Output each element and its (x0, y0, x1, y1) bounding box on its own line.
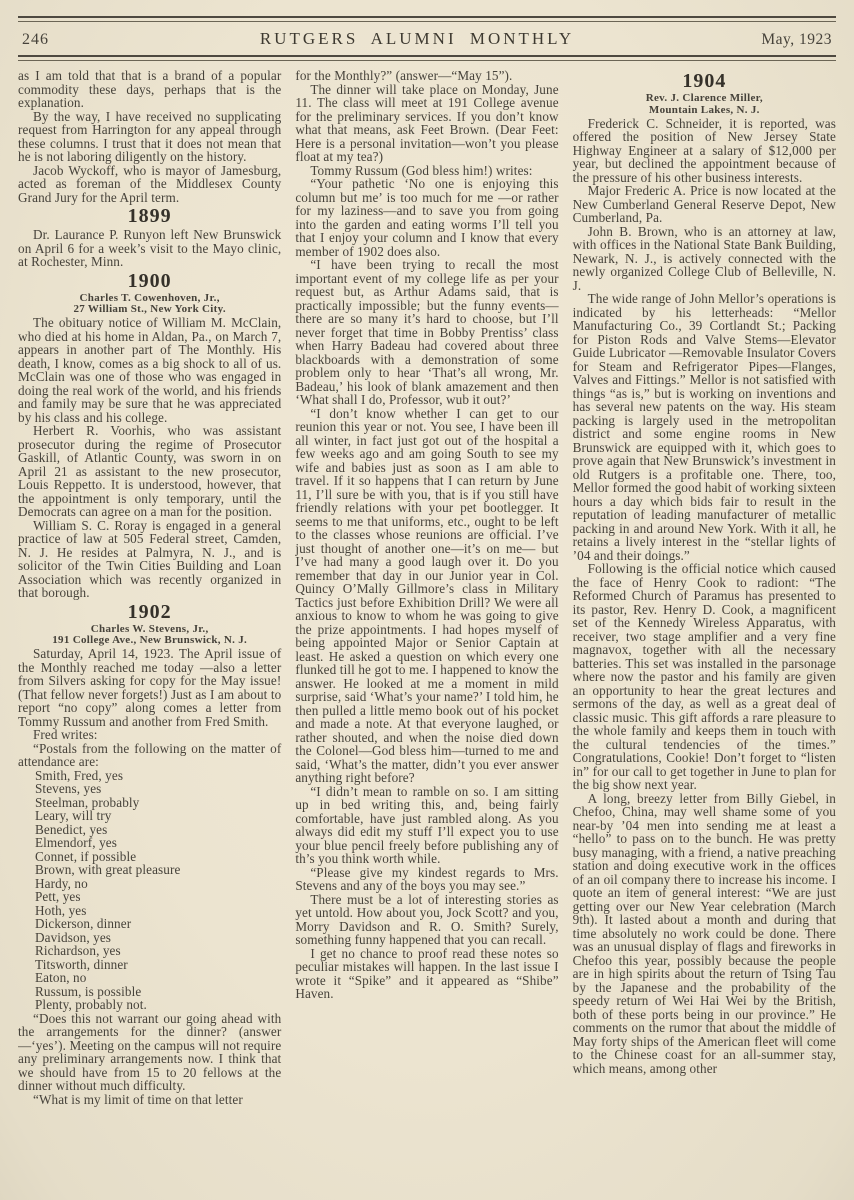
paragraph: I get no chance to proof read these note… (295, 947, 558, 1001)
magazine-title: RUTGERS ALUMNI MONTHLY (112, 29, 722, 49)
attendance-list-item: Plenty, probably not. (18, 998, 281, 1012)
paragraph: “I have been trying to recall the most i… (295, 258, 558, 407)
attendance-list-item: Dickerson, dinner (18, 917, 281, 931)
paragraph: Saturday, April 14, 1923. The April issu… (18, 647, 281, 728)
column-2: for the Monthly?” (answer—“May 15”).The … (295, 69, 558, 1185)
page-number: 246 (22, 31, 112, 49)
column-3: 1904Rev. J. Clarence Miller,Mountain Lak… (573, 69, 836, 1185)
attendance-list-item: Connet, if possible (18, 850, 281, 864)
paragraph: “Please give my kindest regards to Mrs. … (295, 866, 558, 893)
paragraph: The dinner will take place on Monday, Ju… (295, 83, 558, 164)
attendance-list-item: Eaton, no (18, 971, 281, 985)
paragraph: “I don’t know whether I can get to our r… (295, 407, 558, 785)
paragraph: The wide range of John Mellor’s operatio… (573, 292, 836, 562)
paragraph: There must be a lot of interesting stori… (295, 893, 558, 947)
paragraph: Dr. Laurance P. Runyon left New Brunswic… (18, 228, 281, 269)
column-1: as I am told that that is a brand of a p… (18, 69, 281, 1185)
paragraph: Tommy Russum (God bless him!) writes: (295, 164, 558, 178)
attendance-list-item: Hoth, yes (18, 904, 281, 918)
paragraph: William S. C. Roray is engaged in a gene… (18, 519, 281, 600)
paragraph: “Postals from the following on the matte… (18, 742, 281, 769)
paragraph: “What is my limit of time on that letter (18, 1093, 281, 1107)
header-row: 246 RUTGERS ALUMNI MONTHLY May, 1923 (18, 22, 836, 55)
attendance-list-item: Pett, yes (18, 890, 281, 904)
paragraph: Herbert R. Voorhis, who was assistant pr… (18, 424, 281, 519)
attendance-list-item: Hardy, no (18, 877, 281, 891)
attendance-list-item: Russum, is possible (18, 985, 281, 999)
paragraph: “Your pathetic ‘No one is enjoying this … (295, 177, 558, 258)
paragraph: Frederick C. Schneider, it is reported, … (573, 117, 836, 185)
class-year-heading: 1900 (18, 271, 281, 292)
paragraph: “Does this not warrant our going ahead w… (18, 1012, 281, 1093)
paragraph: Fred writes: (18, 728, 281, 742)
paragraph: The obituary notice of William M. McClai… (18, 316, 281, 424)
attendance-list-item: Davidson, yes (18, 931, 281, 945)
class-year-heading: 1904 (573, 71, 836, 92)
issue-date: May, 1923 (722, 31, 832, 49)
text-columns: as I am told that that is a brand of a p… (18, 65, 836, 1185)
attendance-list-item: Smith, Fred, yes (18, 769, 281, 783)
attendance-list-item: Leary, will try (18, 809, 281, 823)
header-bottom-rule (18, 55, 836, 61)
paragraph: Jacob Wyckoff, who is mayor of Jamesburg… (18, 164, 281, 205)
paragraph: Major Frederic A. Price is now located a… (573, 184, 836, 225)
paragraph: By the way, I have received no supplicat… (18, 110, 281, 164)
page-header: 246 RUTGERS ALUMNI MONTHLY May, 1923 (18, 16, 836, 61)
paragraph-continuation: for the Monthly?” (answer—“May 15”). (295, 69, 558, 83)
attendance-list-item: Brown, with great pleasure (18, 863, 281, 877)
class-year-heading: 1899 (18, 206, 281, 227)
attendance-list-item: Benedict, yes (18, 823, 281, 837)
attendance-list-item: Elmendorf, yes (18, 836, 281, 850)
paragraph: John B. Brown, who is an attorney at law… (573, 225, 836, 293)
attendance-list-item: Stevens, yes (18, 782, 281, 796)
paragraph: “I didn’t mean to ramble on so. I am sit… (295, 785, 558, 866)
attendance-list-item: Titsworth, dinner (18, 958, 281, 972)
correspondent-byline: Mountain Lakes, N. J. (573, 105, 836, 117)
paragraph: A long, breezy letter from Billy Giebel,… (573, 792, 836, 1076)
paragraph-continuation: as I am told that that is a brand of a p… (18, 69, 281, 110)
magazine-page: 246 RUTGERS ALUMNI MONTHLY May, 1923 as … (0, 0, 854, 1200)
class-year-heading: 1902 (18, 602, 281, 623)
paragraph: Following is the official notice which c… (573, 562, 836, 792)
attendance-list-item: Steelman, probably (18, 796, 281, 810)
attendance-list-item: Richardson, yes (18, 944, 281, 958)
